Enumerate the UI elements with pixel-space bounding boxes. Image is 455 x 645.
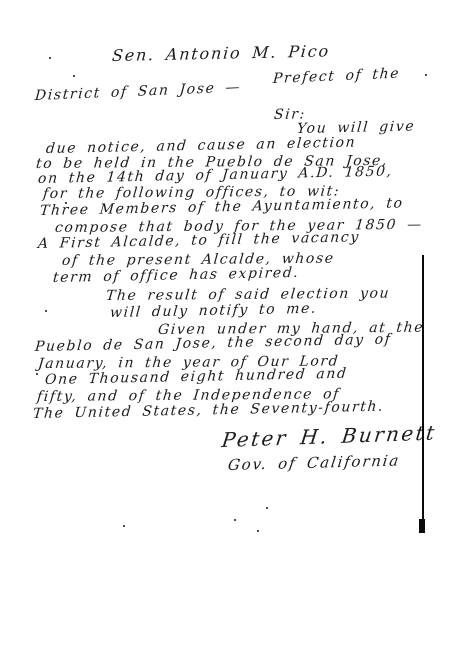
scan-artifact-line	[422, 255, 424, 519]
scan-noise-dot	[123, 525, 125, 527]
scan-noise-dot	[49, 57, 51, 59]
scan-noise-dot	[234, 519, 236, 521]
body-line: will duly notify to me.	[109, 302, 317, 320]
scan-noise-dot	[257, 530, 259, 532]
recipient-name: Sen. Antonio M. Pico	[111, 43, 330, 64]
body-line: term of office has expired.	[52, 266, 300, 285]
recipient-title-line-1: Prefect of the	[272, 67, 400, 86]
body-line: Pueblo de San Jose, the second day of	[34, 333, 392, 354]
scan-noise-dot	[425, 74, 427, 76]
scan-noise-dot	[36, 373, 38, 375]
body-line: The result of said election you	[105, 287, 390, 303]
scan-noise-dot	[266, 507, 268, 509]
salutation: Sir:	[273, 107, 306, 122]
scan-noise-dot	[73, 75, 75, 77]
scanned-letter-page: Sen. Antonio M. Pico Prefect of the Dist…	[0, 0, 455, 645]
scan-artifact-blob	[419, 519, 425, 533]
scan-noise-dot	[45, 310, 47, 312]
signature-name: Peter H. Burnett	[221, 422, 438, 450]
signature-title: Gov. of California	[227, 453, 401, 473]
recipient-title-line-2: District of San Jose —	[34, 80, 241, 103]
scan-noise-dot	[65, 202, 67, 204]
